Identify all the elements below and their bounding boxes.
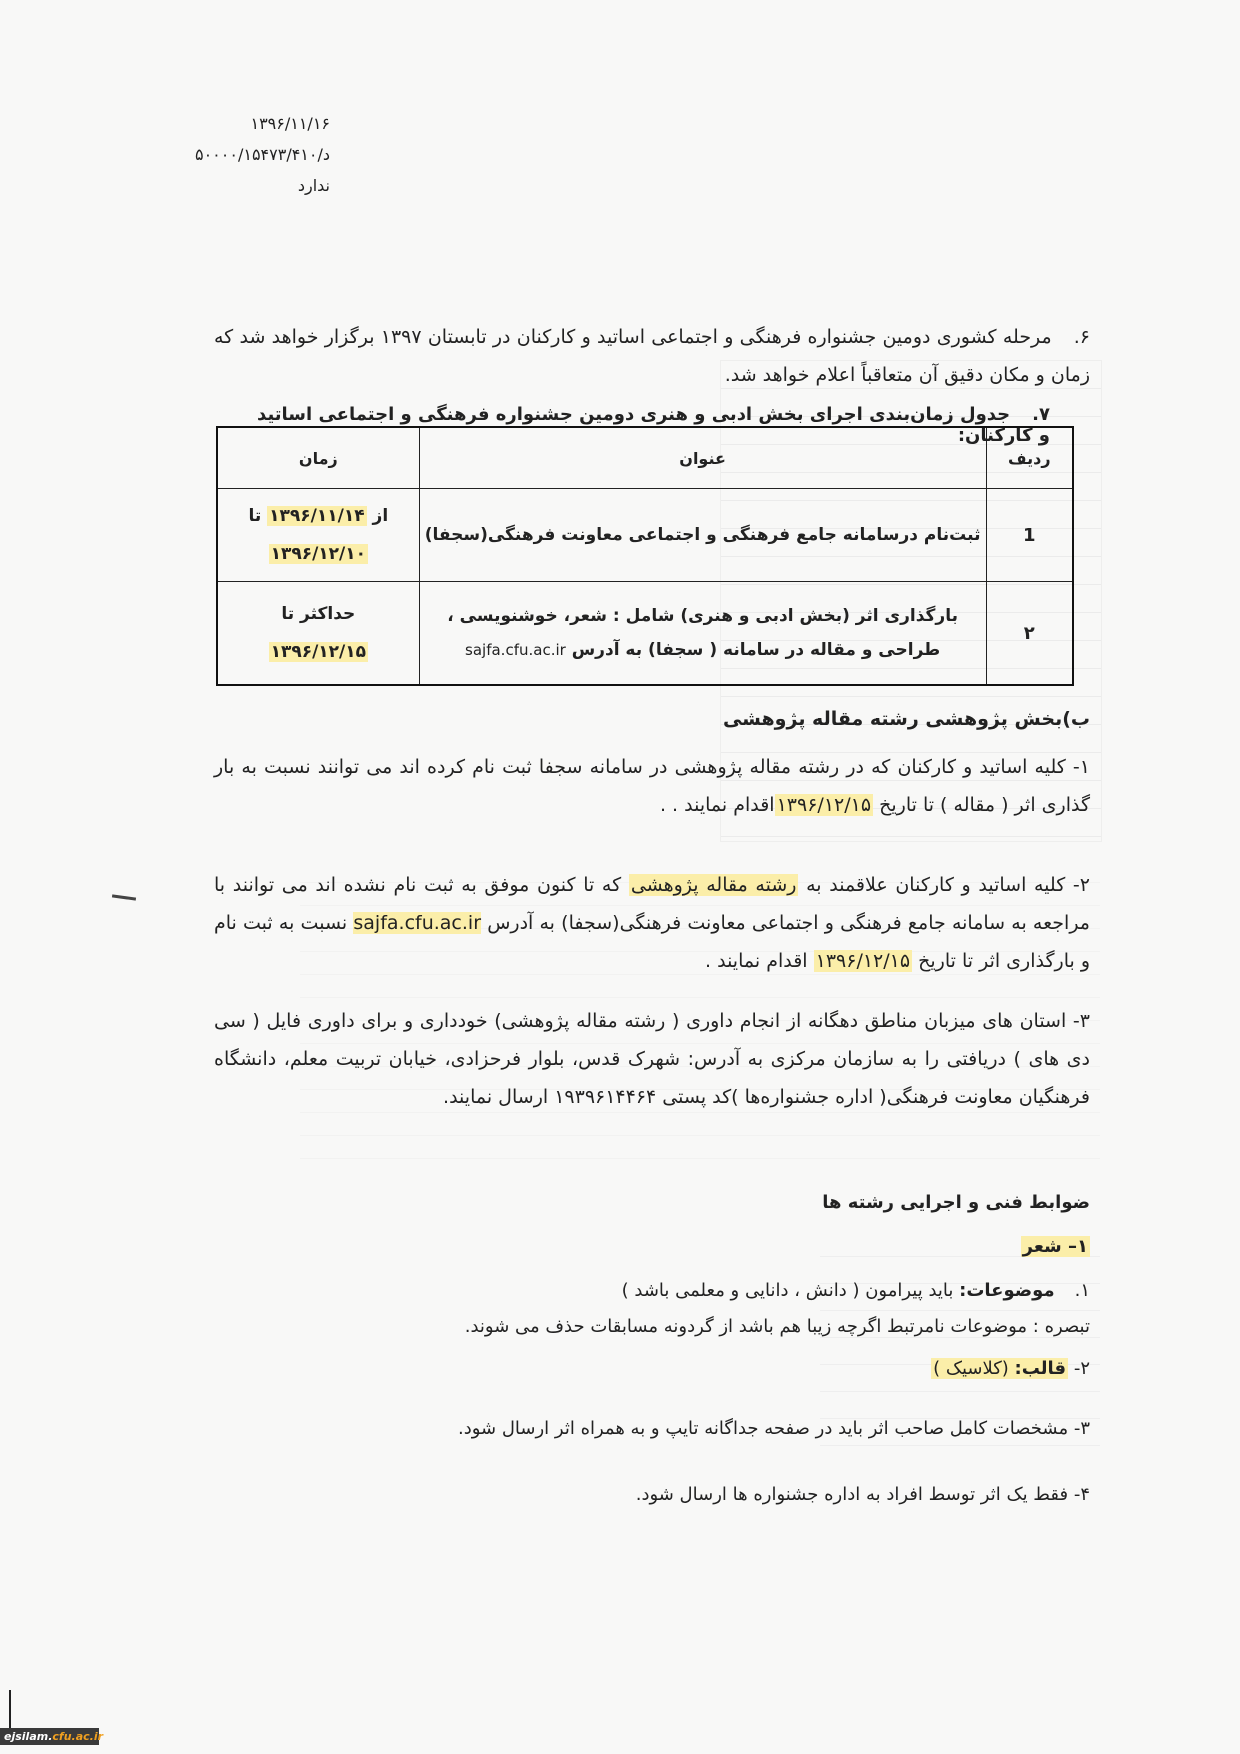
pen-mark — [112, 894, 136, 900]
header-row-number: ردیف — [986, 427, 1073, 489]
item-label: قالب: — [1015, 1358, 1067, 1379]
rules-item-1: ۱.موضوعات: باید پیرامون ( دانش ، دانایی … — [300, 1280, 1090, 1301]
item-1-text-after: اقدام نمایند . . — [660, 794, 775, 816]
research-item-3: ۳- استان های میزبان مناطق دهگانه از انجا… — [214, 1002, 1090, 1116]
item-text: باید پیرامون ( دانش ، دانایی و معلمی باش… — [622, 1280, 954, 1301]
item-2-text: ۲- کلیه اساتید و کارکنان علاقمند به — [806, 874, 1090, 896]
item-number: ۲- — [1074, 1358, 1090, 1379]
item-number: ۱. — [1075, 1280, 1090, 1301]
sajfa-url-link[interactable]: sajfa.cfu.ac.ir — [353, 912, 481, 934]
research-section-title: ب)بخش پژوهشی رشته مقاله پژوهشی — [300, 708, 1090, 730]
time-prefix: حداکثر تا — [281, 604, 355, 624]
rules-section-title: ضوابط فنی و اجرایی رشته ها — [600, 1192, 1090, 1213]
rules-item-3: ۳- مشخصات کامل صاحب اثر باید در صفحه جدا… — [300, 1418, 1090, 1439]
research-item-2: ۲- کلیه اساتید و کارکنان علاقمند به رشته… — [214, 866, 1090, 980]
item-text: (کلاسیک ) — [933, 1358, 1009, 1379]
letter-date: ۱۳۹۶/۱۱/۱۶ — [195, 108, 330, 139]
research-item-1: ۱- کلیه اساتید و کارکنان که در رشته مقال… — [214, 748, 1090, 824]
letter-metadata: ۱۳۹۶/۱۱/۱۶ د/۵۰۰۰۰/۱۵۴۷۳/۴۱۰ ندارد — [195, 108, 330, 201]
item-2-date: ۱۳۹۶/۱۲/۱۵ — [814, 950, 912, 972]
watermark-prefix: ejsilam. — [4, 1730, 52, 1743]
row-title: بارگذاری اثر (بخش ادبی و هنری) شامل : شع… — [419, 582, 986, 686]
watermark-domain: cfu.ac.ir — [52, 1730, 103, 1743]
sajfa-url[interactable]: sajfa.cfu.ac.ir — [465, 641, 566, 659]
time-from: ۱۳۹۶/۱۱/۱۴ — [267, 506, 366, 526]
poetry-subtitle: ۱– شعر — [600, 1236, 1090, 1257]
time-to: ۱۳۹۶/۱۲/۱۰ — [269, 544, 368, 564]
schedule-table: ردیف عنوان زمان 1 ثبت‌نام درسامانه جامع … — [216, 426, 1074, 686]
item-2-highlight: رشته مقاله پژوهشی — [629, 874, 799, 896]
header-time: زمان — [217, 427, 419, 489]
time-mid: تا — [248, 506, 261, 526]
rules-item-2: ۲- قالب: (کلاسیک ) — [300, 1358, 1090, 1379]
item-1-text: ۱- کلیه اساتید و کارکنان که در رشته مقال… — [214, 756, 1090, 816]
section-7-number: ۷. — [1032, 404, 1050, 425]
rules-item-4: ۴- فقط یک اثر توسط افراد به اداره جشنوار… — [300, 1484, 1090, 1505]
title-line-1: بارگذاری اثر (بخش ادبی و هنری) شامل : شع… — [447, 606, 958, 626]
row-number: 1 — [986, 489, 1073, 582]
item-2-text-after: اقدام نمایند . — [705, 950, 808, 972]
row-number: ۲ — [986, 582, 1073, 686]
table-header-row: ردیف عنوان زمان — [217, 427, 1073, 489]
site-watermark: ejsilam.cfu.ac.ir — [0, 1728, 99, 1745]
poetry-subtitle-text: ۱– شعر — [1021, 1236, 1090, 1257]
title-line-2: طراحی و مقاله در سامانه ( سجفا) به آدرس — [572, 640, 940, 660]
row-time: حداکثر تا ۱۳۹۶/۱۲/۱۵ — [217, 582, 419, 686]
section-6-paragraph: ۶.مرحله کشوری دومین جشنواره فرهنگی و اجت… — [214, 318, 1090, 394]
section-6-number: ۶. — [1074, 326, 1090, 348]
time-to: ۱۳۹۶/۱۲/۱۵ — [269, 642, 368, 662]
header-title: عنوان — [419, 427, 986, 489]
row-time: از ۱۳۹۶/۱۱/۱۴ تا ۱۳۹۶/۱۲/۱۰ — [217, 489, 419, 582]
reference-number: د/۵۰۰۰۰/۱۵۴۷۳/۴۱۰ — [195, 139, 330, 170]
table-row: ۲ بارگذاری اثر (بخش ادبی و هنری) شامل : … — [217, 582, 1073, 686]
item-label: موضوعات: — [959, 1280, 1054, 1301]
document-page: ۱۳۹۶/۱۱/۱۶ د/۵۰۰۰۰/۱۵۴۷۳/۴۱۰ ندارد ۶.مرح… — [0, 0, 1240, 1754]
item-1-date: ۱۳۹۶/۱۲/۱۵ — [775, 794, 873, 816]
rules-note: تبصره : موضوعات نامرتبط اگرچه زیبا هم با… — [300, 1316, 1090, 1337]
attachment-status: ندارد — [195, 170, 330, 201]
section-6-text: مرحله کشوری دومین جشنواره فرهنگی و اجتما… — [214, 326, 1090, 386]
table-row: 1 ثبت‌نام درسامانه جامع فرهنگی و اجتماعی… — [217, 489, 1073, 582]
row-title: ثبت‌نام درسامانه جامع فرهنگی و اجتماعی م… — [419, 489, 986, 582]
time-prefix: از — [373, 506, 389, 526]
